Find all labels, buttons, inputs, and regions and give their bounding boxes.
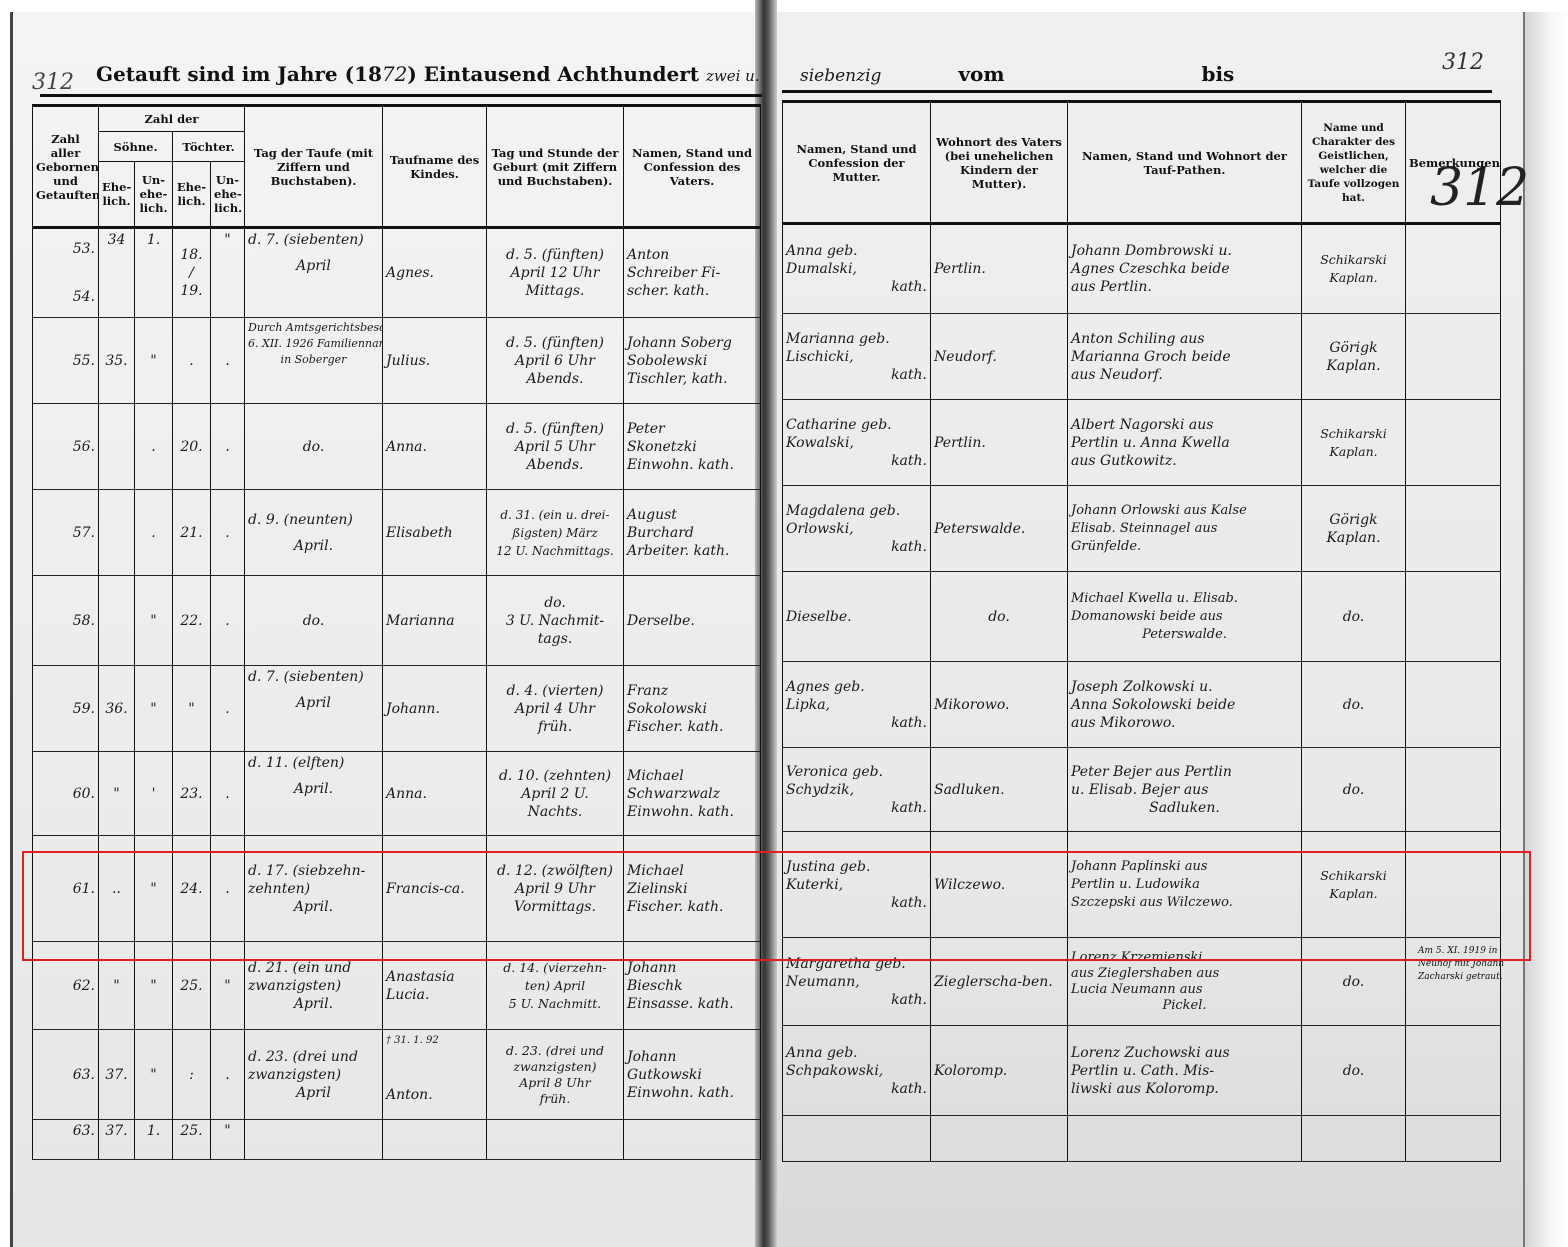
entry-number: 61. (33, 836, 99, 942)
residence: Koloromp. (931, 1026, 1068, 1116)
table-row: Catharine geb.Kowalski,kath. Pertlin. Al… (783, 400, 1501, 486)
father: JohannBieschkEinsasse. kath. (624, 942, 761, 1030)
total-daughters-legit: 25. (173, 1120, 211, 1160)
sons-legit: .. (99, 836, 135, 942)
mother: Magdalena geb.Orlowski,kath. (783, 486, 931, 572)
father: AugustBurchardArbeiter. kath. (624, 490, 761, 576)
godparents: Joseph Zolkowski u.Anna Sokolowski beide… (1068, 662, 1302, 748)
sons-illegit: ' (135, 752, 173, 836)
sons-legit: 37. (99, 1030, 135, 1120)
godparents: Albert Nagorski ausPertlin u. Anna Kwell… (1068, 400, 1302, 486)
clergy: GörigkKaplan. (1302, 314, 1406, 400)
death-note: † 31. 1. 92 (386, 1032, 483, 1050)
godparents: Lorenz Zuchowski ausPertlin u. Cath. Mis… (1068, 1026, 1302, 1116)
entry-number: 62. (33, 942, 99, 1030)
godparents: Peter Bejer aus Pertlinu. Elisab. Bejer … (1068, 748, 1302, 832)
father: AntonSchreiber Fi-scher. kath. (624, 228, 761, 318)
clergy: do. (1302, 1026, 1406, 1116)
entry-number: 59. (33, 666, 99, 752)
table-row: 63. 37. " : . d. 23. (drei undzwanzigste… (33, 1030, 761, 1120)
header-tag-der-taufe: Tag der Taufe (mit Ziffern und Buchstabe… (245, 106, 383, 228)
table-row: 59. 36. " " . d. 7. (siebenten)April Joh… (33, 666, 761, 752)
mother: Anna geb.Dumalski,kath. (783, 224, 931, 314)
total-number: 63. (33, 1120, 99, 1160)
table-row: Agnes geb.Lipka,kath. Mikorowo. Joseph Z… (783, 662, 1501, 748)
birth-date: d. 14. (vierzehn-ten) April5 U. Nachmitt… (487, 942, 624, 1030)
residence: Zieglerscha-ben. (931, 938, 1068, 1026)
entry-number: 56. (33, 404, 99, 490)
sons-legit (99, 404, 135, 490)
header-soehne-ehelich: Ehe-lich. (99, 162, 135, 228)
remarks (1406, 748, 1501, 832)
baptism-date: d. 17. (siebzehn-zehnten)April. (245, 836, 383, 942)
remarks (1406, 832, 1501, 938)
header-geistlicher: Name und Charakter des Geistlichen, welc… (1302, 102, 1406, 224)
baptism-date: d. 7. (siebenten)April (245, 666, 383, 752)
residence: do. (931, 572, 1068, 662)
header-zahl-aller: Zahl aller Gebornen und Getauften. (33, 106, 99, 228)
header-toechter-unehelich: Un-ehe-lich. (211, 162, 245, 228)
total-sons-illegit: 1. (135, 1120, 173, 1160)
table-row: Dieselbe. do. Michael Kwella u. Elisab.D… (783, 572, 1501, 662)
sons-legit (99, 576, 135, 666)
header-toechter: Töchter. (173, 132, 245, 162)
total-daughters-illegit: " (211, 1120, 245, 1160)
left-title-rule (40, 94, 762, 97)
table-row: Veronica geb.Schydzik,kath. Sadluken. Pe… (783, 748, 1501, 832)
sons-illegit: " (135, 576, 173, 666)
daughters-illegit: " (211, 228, 245, 318)
father: MichaelZielinskiFischer. kath. (624, 836, 761, 942)
title-words: Eintausend Achthundert (424, 62, 699, 86)
daughters-illegit: . (211, 490, 245, 576)
residence: Mikorowo. (931, 662, 1068, 748)
daughters-legit: 25. (173, 942, 211, 1030)
birth-date: d. 23. (drei undzwanzigsten)April 8 Uhrf… (487, 1030, 624, 1120)
daughters-legit: . (173, 318, 211, 404)
table-row: 56. . 20. . do. Anna. d. 5. (fünften)Apr… (33, 404, 761, 490)
clergy: SchikarskiKaplan. (1302, 832, 1406, 938)
entry-number: 58. (33, 576, 99, 666)
father: PeterSkonetzkiEinwohn. kath. (624, 404, 761, 490)
sons-legit: 36. (99, 666, 135, 752)
remarks (1406, 572, 1501, 662)
sons-legit: " (99, 752, 135, 836)
entry-number: 53.54. (33, 228, 99, 318)
father: JohannGutkowskiEinwohn. kath. (624, 1030, 761, 1120)
daughters-illegit: . (211, 576, 245, 666)
mother: Catharine geb.Kowalski,kath. (783, 400, 931, 486)
table-row: 62. " " 25. " d. 21. (ein undzwanzigsten… (33, 942, 761, 1030)
residence: Pertlin. (931, 400, 1068, 486)
daughters-legit: : (173, 1030, 211, 1120)
remarks (1406, 486, 1501, 572)
marriage-remark: Am 5. XI. 1919 in Neuhof mit Johann Zach… (1418, 945, 1522, 984)
baptism-date: do. (245, 404, 383, 490)
birth-date: d. 5. (fünften)April 12 UhrMittags. (487, 228, 624, 318)
table-row: Anna geb.Schpakowski,kath. Koloromp. Lor… (783, 1026, 1501, 1116)
header-soehne-unehelich: Un-ehe-lich. (135, 162, 173, 228)
sons-legit: 35. (99, 318, 135, 404)
header-bemerkungen: Bemerkungen. (1406, 102, 1501, 224)
page-edge (1523, 12, 1568, 1247)
child-name: † 31. 1. 92Anton. (383, 1030, 487, 1120)
child-name: Anastasia Lucia. (383, 942, 487, 1030)
mother: Veronica geb.Schydzik,kath. (783, 748, 931, 832)
sons-illegit: " (135, 318, 173, 404)
entry-number: 63. (33, 1030, 99, 1120)
daughters-legit: 24. (173, 836, 211, 942)
child-name: Francis-ca. (383, 836, 487, 942)
title-vom: vom (958, 62, 1004, 86)
sons-illegit: " (135, 942, 173, 1030)
child-name: Marianna (383, 576, 487, 666)
sons-illegit: " (135, 1030, 173, 1120)
birth-date: d. 5. (fünften)April 6 UhrAbends. (487, 318, 624, 404)
table-row: Margaretha geb.Neumann,kath. Zieglerscha… (783, 938, 1501, 1026)
daughters-legit: " (173, 666, 211, 752)
residence: Peterswalde. (931, 486, 1068, 572)
child-name: Johann. (383, 666, 487, 752)
header-taufname: Taufname des Kindes. (383, 106, 487, 228)
sons-legit: 34 (99, 228, 135, 318)
header-zahl-der: Zahl der (99, 106, 245, 132)
right-title-rule (782, 90, 1492, 93)
daughters-illegit: . (211, 752, 245, 836)
birth-date: d. 10. (zehnten)April 2 U.Nachts. (487, 752, 624, 836)
godparents: Johann Dombrowski u.Agnes Czeschka beide… (1068, 224, 1302, 314)
header-mutter: Namen, Stand und Confession der Mutter. (783, 102, 931, 224)
baptism-date: d. 21. (ein undzwanzigsten)April. (245, 942, 383, 1030)
header-geburt: Tag und Stunde der Geburt (mit Ziffern u… (487, 106, 624, 228)
remarks (1406, 400, 1501, 486)
mother: Marianna geb.Lischicki,kath. (783, 314, 931, 400)
birth-date: d. 31. (ein u. drei-ßigsten) März12 U. N… (487, 490, 624, 576)
remarks (1406, 1026, 1501, 1116)
register-spread: 312 Getauft sind im Jahre (1872) Eintaus… (0, 0, 1568, 1247)
child-name: Julius. (383, 318, 487, 404)
daughters-legit: 21. (173, 490, 211, 576)
clergy: do. (1302, 572, 1406, 662)
child-name: Anna. (383, 404, 487, 490)
father: MichaelSchwarzwalzEinwohn. kath. (624, 752, 761, 836)
left-title: Getauft sind im Jahre (1872) Eintausend … (96, 62, 760, 86)
child-name: Agnes. (383, 228, 487, 318)
daughters-illegit: " (211, 942, 245, 1030)
title-prefix: Getauft sind im Jahre (18 (96, 62, 382, 86)
residence: Sadluken. (931, 748, 1068, 832)
sons-illegit: . (135, 490, 173, 576)
baptism-date: d. 11. (elften)April. (245, 752, 383, 836)
entry-number: 60. (33, 752, 99, 836)
sons-illegit: " (135, 836, 173, 942)
header-soehne: Söhne. (99, 132, 173, 162)
godparents: Lorenz Krzemienskiaus Zieglershaben ausL… (1068, 938, 1302, 1026)
table-row: Anna geb.Dumalski,kath. Pertlin. Johann … (783, 224, 1501, 314)
totals-row: 63. 37. 1. 25. " (33, 1120, 761, 1160)
clergy: do. (1302, 938, 1406, 1026)
daughters-illegit: . (211, 666, 245, 752)
clergy: SchikarskiKaplan. (1302, 224, 1406, 314)
birth-date: d. 12. (zwölften)April 9 UhrVormittags. (487, 836, 624, 942)
birth-date: do.3 U. Nachmit-tags. (487, 576, 624, 666)
sons-illegit: " (135, 666, 173, 752)
mother: Dieselbe. (783, 572, 931, 662)
daughters-illegit: . (211, 404, 245, 490)
right-register-table: Namen, Stand und Confession der Mutter. … (782, 100, 1501, 1162)
sons-legit: " (99, 942, 135, 1030)
baptism-date: d. 23. (drei undzwanzigsten)April (245, 1030, 383, 1120)
daughters-legit: 23. (173, 752, 211, 836)
daughters-legit: 18. / 19. (173, 228, 211, 318)
godparents: Johann Orlowski aus KalseElisab. Steinna… (1068, 486, 1302, 572)
entry-number: 57. (33, 490, 99, 576)
mother: Anna geb.Schpakowski,kath. (783, 1026, 931, 1116)
birth-date: d. 5. (fünften)April 5 UhrAbends. (487, 404, 624, 490)
table-row-highlighted: Justina geb.Kuterki,kath. Wilczewo. Joha… (783, 832, 1501, 938)
godparents: Michael Kwella u. Elisab.Domanowski beid… (1068, 572, 1302, 662)
residence: Neudorf. (931, 314, 1068, 400)
table-row: 53.54. 34 1. 18. / 19. " d. 7. (siebente… (33, 228, 761, 318)
daughters-legit: 22. (173, 576, 211, 666)
clergy: SchikarskiKaplan. (1302, 400, 1406, 486)
child-name: ElisabethZwillinge (383, 490, 487, 576)
godparents: Anton Schiling ausMarianna Groch beideau… (1068, 314, 1302, 400)
residence: Pertlin. (931, 224, 1068, 314)
title-words-handwritten: zwei u. (706, 67, 760, 85)
right-page-number-mark: 312 (1442, 50, 1484, 75)
header-wohnort: Wohnort des Vaters (bei unehelichen Kind… (931, 102, 1068, 224)
left-register-table: Zahl aller Gebornen und Getauften. Zahl … (32, 104, 761, 1160)
totals-row (783, 1116, 1501, 1162)
title-bis: bis (1201, 62, 1234, 86)
daughters-illegit: . (211, 318, 245, 404)
header-toechter-ehelich: Ehe-lich. (173, 162, 211, 228)
sons-illegit: 1. (135, 228, 173, 318)
father: FranzSokolowskiFischer. kath. (624, 666, 761, 752)
baptism-date: d. 9. (neunten)April. (245, 490, 383, 576)
baptism-date: d. 7. (siebenten)April (245, 228, 383, 318)
mother: Agnes geb.Lipka,kath. (783, 662, 931, 748)
entry-number: 55. (33, 318, 99, 404)
clergy: do. (1302, 662, 1406, 748)
father: Derselbe. (624, 576, 761, 666)
remarks (1406, 314, 1501, 400)
table-row-highlighted: 61. .. " 24. . d. 17. (siebzehn-zehnten)… (33, 836, 761, 942)
table-row: Magdalena geb.Orlowski,kath. Peterswalde… (783, 486, 1501, 572)
godparents: Johann Paplinski ausPertlin u. LudowikaS… (1068, 832, 1302, 938)
header-vater: Namen, Stand und Confession des Vaters. (624, 106, 761, 228)
name-change-note: Durch Amtsgerichtsbeschl. Essen6. XII. 1… (245, 318, 383, 404)
table-row: Marianna geb.Lischicki,kath. Neudorf. An… (783, 314, 1501, 400)
table-row: 57. . 21. . d. 9. (neunten)April. Elisab… (33, 490, 761, 576)
remarks (1406, 662, 1501, 748)
title-year-handwritten: 72 (382, 62, 407, 86)
daughters-illegit: . (211, 836, 245, 942)
left-page-number-mark: 312 (32, 70, 74, 95)
daughters-legit: 20. (173, 404, 211, 490)
clergy: do. (1302, 748, 1406, 832)
father: Johann SobergSobolewskiTischler, kath. (624, 318, 761, 404)
table-row: 60. " ' 23. . d. 11. (elften)April. Anna… (33, 752, 761, 836)
remarks (1406, 224, 1501, 314)
table-row: 55. 35. " . . Durch Amtsgerichtsbeschl. … (33, 318, 761, 404)
clergy: GörigkKaplan. (1302, 486, 1406, 572)
daughters-illegit: . (211, 1030, 245, 1120)
child-name: Anna. (383, 752, 487, 836)
mother: Justina geb.Kuterki,kath. (783, 832, 931, 938)
title-close: ) (407, 62, 416, 86)
title-siebenzig: siebenzig (800, 66, 881, 86)
sons-legit (99, 490, 135, 576)
table-row: 58. " 22. . do. Marianna do.3 U. Nachmit… (33, 576, 761, 666)
mother: Margaretha geb.Neumann,kath. (783, 938, 931, 1026)
residence: Wilczewo. (931, 832, 1068, 938)
sons-illegit: . (135, 404, 173, 490)
right-title: siebenzig vom bis (800, 62, 1234, 86)
baptism-date: do. (245, 576, 383, 666)
header-pathen: Namen, Stand und Wohnort der Tauf-Pathen… (1068, 102, 1302, 224)
birth-date: d. 4. (vierten)April 4 Uhrfrüh. (487, 666, 624, 752)
total-sons-legit: 37. (99, 1120, 135, 1160)
